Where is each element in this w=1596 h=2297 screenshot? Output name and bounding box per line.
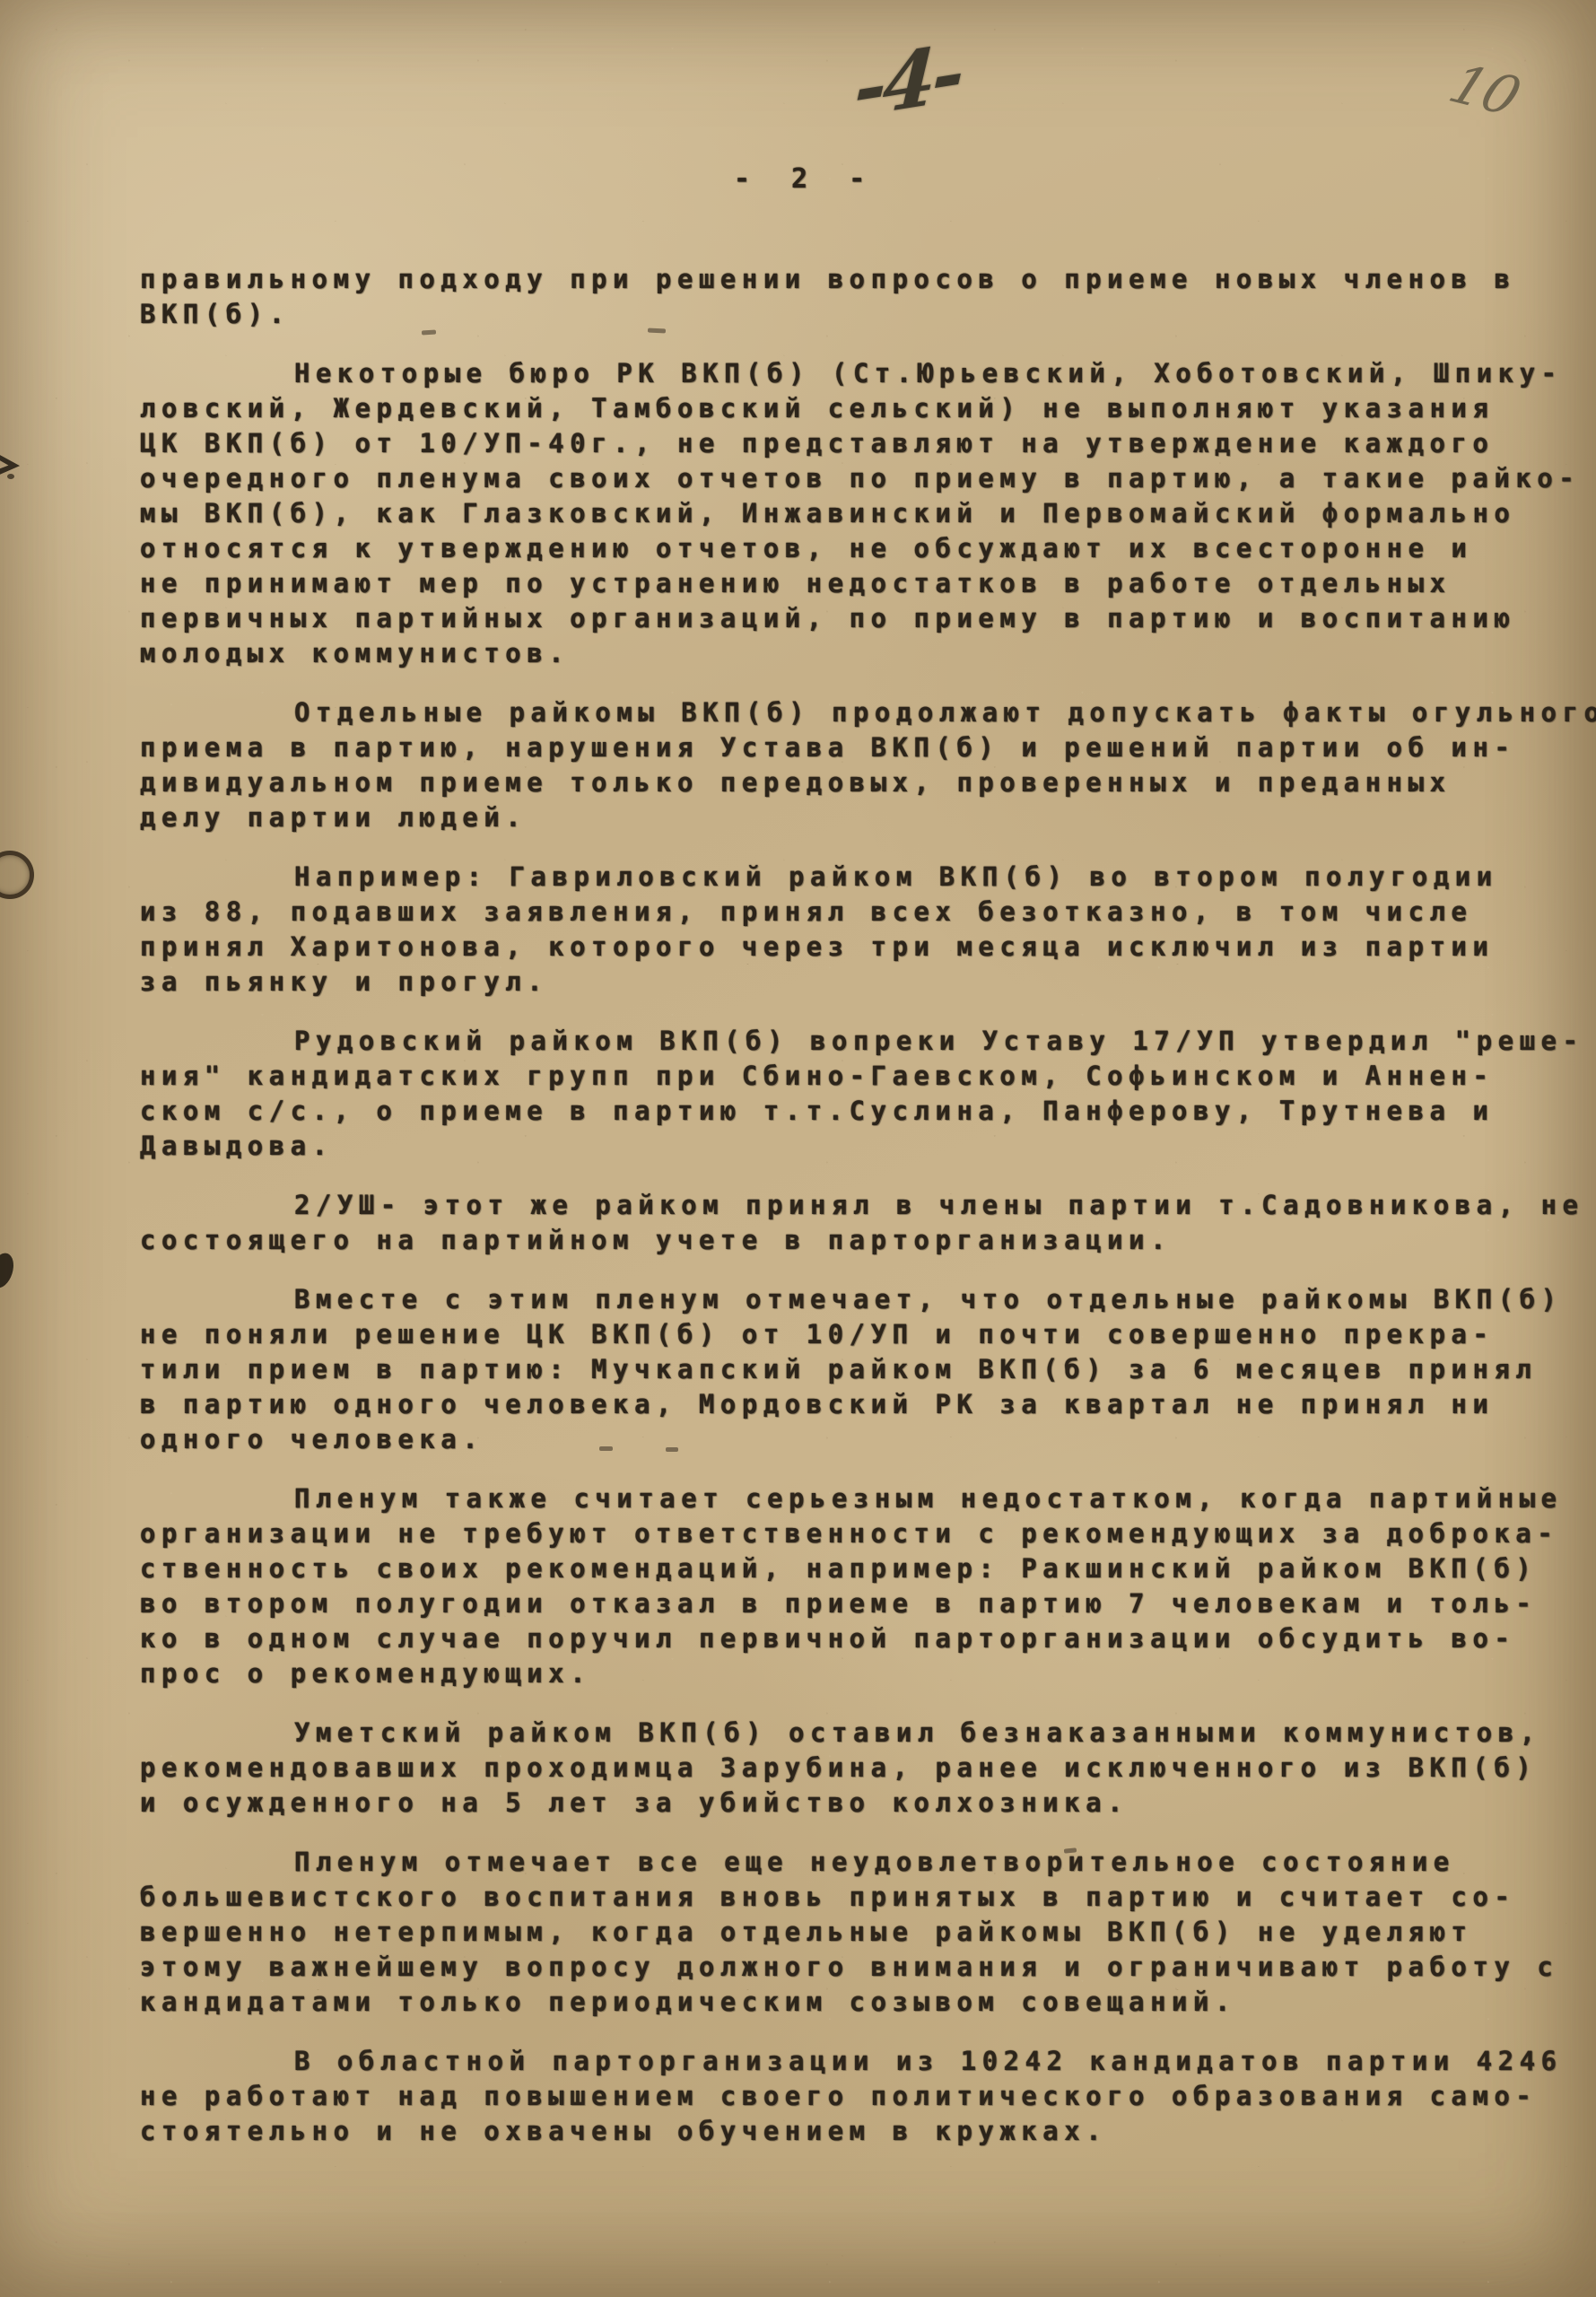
text-line: рекомендовавших проходимца Зарубина, ран… bbox=[140, 1751, 1551, 1786]
text-line: Отдельные райкомы ВКП(б) продолжают допу… bbox=[140, 695, 1551, 730]
text-line: очередного пленума своих отчетов по прие… bbox=[140, 461, 1551, 496]
text-line: из 88, подавших заявления, принял всех б… bbox=[140, 895, 1551, 930]
text-line: Вместе с этим пленум отмечает, что отдел… bbox=[140, 1282, 1551, 1317]
text-line: правильному подходу при решении вопросов… bbox=[140, 262, 1551, 297]
paragraph: Рудовский райком ВКП(б) вопреки Уставу 1… bbox=[140, 1024, 1551, 1164]
text-line: организации не требуют ответственности с… bbox=[140, 1516, 1551, 1551]
text-line: одного человека. bbox=[140, 1422, 1551, 1457]
ink-speck bbox=[7, 474, 14, 479]
text-line: Уметский райком ВКП(б) оставил безнаказа… bbox=[140, 1716, 1551, 1751]
text-line: приема в партию, нарушения Устава ВКП(б)… bbox=[140, 730, 1551, 765]
handwritten-corner-mark: 10 bbox=[1441, 53, 1528, 127]
text-line: молодых коммунистов. bbox=[140, 636, 1551, 671]
text-line: Например: Гавриловский райком ВКП(б) во … bbox=[140, 860, 1551, 895]
text-line: ловский, Жердевский, Тамбовский сельский… bbox=[140, 391, 1551, 426]
paragraph: В областной парторганизации из 10242 кан… bbox=[140, 2044, 1551, 2149]
text-line: первичных партийных организаций, по прие… bbox=[140, 601, 1551, 636]
ink-ring-stain bbox=[0, 851, 34, 899]
handwritten-page-mark: -4- bbox=[852, 27, 963, 136]
text-line: ственность своих рекомендаций, например:… bbox=[140, 1551, 1551, 1586]
text-line: за пьянку и прогул. bbox=[140, 965, 1551, 1000]
text-line: 2/УШ- этот же райком принял в члены парт… bbox=[140, 1188, 1551, 1223]
text-line: делу партии людей. bbox=[140, 800, 1551, 835]
document-page: -4- 10 - 2 - правильному подходу при реш… bbox=[0, 0, 1596, 2297]
text-line: Рудовский райком ВКП(б) вопреки Уставу 1… bbox=[140, 1024, 1551, 1059]
text-line: Пленум отмечает все еще неудовлетворител… bbox=[140, 1845, 1551, 1880]
text-line: не принимают мер по устранению недостатк… bbox=[140, 566, 1551, 601]
text-line: относятся к утверждению отчетов, не обсу… bbox=[140, 531, 1551, 566]
typed-page-number: - 2 - bbox=[734, 163, 877, 195]
text-line: прос о рекомендующих. bbox=[140, 1656, 1551, 1691]
text-line: В областной парторганизации из 10242 кан… bbox=[140, 2044, 1551, 2079]
text-line: и осужденного на 5 лет за убийство колхо… bbox=[140, 1786, 1551, 1821]
paragraph: 2/УШ- этот же райком принял в члены парт… bbox=[140, 1188, 1551, 1258]
text-line: Некоторые бюро РК ВКП(б) (Ст.Юрьевский, … bbox=[140, 356, 1551, 391]
text-line: вершенно нетерпимым, когда отдельные рай… bbox=[140, 1915, 1551, 1950]
text-line: ском с/с., о приеме в партию т.т.Суслина… bbox=[140, 1094, 1551, 1129]
text-line: состоящего на партийном учете в парторга… bbox=[140, 1223, 1551, 1258]
paragraph: Например: Гавриловский райком ВКП(б) во … bbox=[140, 860, 1551, 1000]
text-line: не работают над повышением своего полити… bbox=[140, 2079, 1551, 2114]
paragraph: Уметский райком ВКП(б) оставил безнаказа… bbox=[140, 1716, 1551, 1821]
text-line: дивидуальном приеме только передовых, пр… bbox=[140, 765, 1551, 800]
paragraph: правильному подходу при решении вопросов… bbox=[140, 262, 1551, 332]
paragraph: Некоторые бюро РК ВКП(б) (Ст.Юрьевский, … bbox=[140, 356, 1551, 671]
text-line: мы ВКП(б), как Глазковский, Инжавинский … bbox=[140, 496, 1551, 531]
document-body: правильному подходу при решении вопросов… bbox=[140, 262, 1551, 2173]
text-line: ЦК ВКП(б) от 10/УП-40г., не представляют… bbox=[140, 426, 1551, 461]
text-line: стоятельно и не охвачены обучением в кру… bbox=[140, 2114, 1551, 2149]
text-line: во втором полугодии отказал в приеме в п… bbox=[140, 1586, 1551, 1621]
text-line: ВКП(б). bbox=[140, 297, 1551, 332]
text-line: принял Харитонова, которого через три ме… bbox=[140, 930, 1551, 965]
text-line: ко в одном случае поручил первичной парт… bbox=[140, 1621, 1551, 1656]
paragraph: Пленум также считает серьезным недостатк… bbox=[140, 1481, 1551, 1691]
ink-smudge-arrow bbox=[0, 453, 21, 479]
text-line: ния" кандидатских групп при Сбино-Гаевск… bbox=[140, 1059, 1551, 1094]
text-line: большевистского воспитания вновь приняты… bbox=[140, 1880, 1551, 1915]
ink-blob-stain bbox=[0, 1250, 18, 1290]
paragraph: Отдельные райкомы ВКП(б) продолжают допу… bbox=[140, 695, 1551, 835]
text-line: в партию одного человека, Мордовский РК … bbox=[140, 1387, 1551, 1422]
paragraph: Вместе с этим пленум отмечает, что отдел… bbox=[140, 1282, 1551, 1457]
paragraph: Пленум отмечает все еще неудовлетворител… bbox=[140, 1845, 1551, 2020]
text-line: тили прием в партию: Мучкапский райком В… bbox=[140, 1352, 1551, 1387]
text-line: Пленум также считает серьезным недостатк… bbox=[140, 1481, 1551, 1516]
text-line: не поняли решение ЦК ВКП(б) от 10/УП и п… bbox=[140, 1317, 1551, 1352]
text-line: Давыдова. bbox=[140, 1129, 1551, 1164]
text-line: этому важнейшему вопросу должного вниман… bbox=[140, 1950, 1551, 1985]
scanned-document: { "document": { "handwritten_page_mark":… bbox=[0, 0, 1596, 2297]
text-line: кандидатами только периодическим созывом… bbox=[140, 1985, 1551, 2020]
